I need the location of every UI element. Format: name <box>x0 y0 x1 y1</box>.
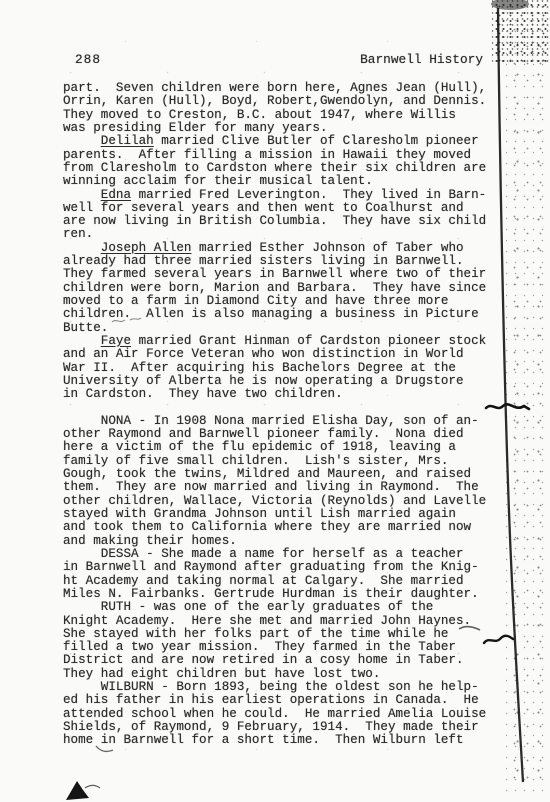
text-line: are now living in British Columbia. They… <box>63 215 503 228</box>
page-body: part. Seven children were born here, Agn… <box>63 82 503 748</box>
text-line: ht Academy and taking normal at Calgary.… <box>63 575 503 588</box>
text-line: other children, Wallace, Victoria (Reyno… <box>63 495 503 508</box>
running-header-title: Barnwell History <box>360 52 483 67</box>
scanned-book-page: 288 Barnwell History part. Seven childre… <box>0 0 550 802</box>
page-header: 288 Barnwell History <box>63 52 483 67</box>
text-line: Faye married Grant Hinman of Cardston pi… <box>63 335 503 348</box>
text-line: NONA - In 1908 Nona married Elisha Day, … <box>63 415 503 428</box>
text-line: War II. After acquiring his Bachelors De… <box>63 362 503 375</box>
text-line: and an Air Force Veteran who won distinc… <box>63 348 503 361</box>
ink-blot-tail <box>85 785 100 788</box>
text-line: part. Seven children were born here, Agn… <box>63 82 503 95</box>
text-line: and making their homes. <box>63 535 503 548</box>
text-line: Miles N. Fairbanks. Gertrude Hurdman is … <box>63 588 503 601</box>
text-line: University of Alberta he is now operatin… <box>63 375 503 388</box>
page-number: 288 <box>63 52 101 67</box>
text-line: moved to a farm in Diamond City and have… <box>63 295 503 308</box>
text-line: Joseph Allen married Esther Johnson of T… <box>63 242 503 255</box>
text-line: RUTH - was one of the early graduates of… <box>63 601 503 614</box>
text-line: ed his father in his earliest operations… <box>63 694 503 707</box>
text-line: in Cardston. They have two children. <box>63 388 503 401</box>
text-line: was presiding Elder for many years. <box>63 122 503 135</box>
text-line: and took them to California where they a… <box>63 521 503 534</box>
text-line: Orrin, Karen (Hull), Boyd, Robert,Gwendo… <box>63 95 503 108</box>
text-line: other Raymond and Barnwell pioneer famil… <box>63 428 503 441</box>
text-line: children. Allen is also managing a busin… <box>63 308 503 321</box>
text-line: from Claresholm to Cardston where their … <box>63 162 503 175</box>
text-line: well for several years and then went to … <box>63 202 503 215</box>
text-line: filled a two year mission. They farmed i… <box>63 641 503 654</box>
text-line: stayed with Grandma Johnson until Lish m… <box>63 508 503 521</box>
text-line: Delilah married Clive Butler of Claresho… <box>63 135 503 148</box>
text-line: They had eight children but have lost tw… <box>63 668 503 681</box>
text-line: them. They are now married and living in… <box>63 481 503 494</box>
text-line: children were born, Marion and Barbara. … <box>63 282 503 295</box>
corner-smudge <box>491 0 529 10</box>
text-line: Knight Academy. Here she met and married… <box>63 615 503 628</box>
text-line: already had three married sisters living… <box>63 255 503 268</box>
ink-blot-bottom-left <box>66 781 89 800</box>
scan-edge-noise <box>506 18 546 793</box>
text-line: parents. After filling a mission in Hawa… <box>63 149 503 162</box>
text-line: They farmed several years in Barnwell wh… <box>63 268 503 281</box>
text-line: Butte. <box>63 322 503 335</box>
text-line: DESSA - She made a name for herself as a… <box>63 548 503 561</box>
text-line: District and are now retired in a cosy h… <box>63 654 503 667</box>
text-line: She stayed with her folks part of the ti… <box>63 628 503 641</box>
text-line: Edna married Fred Leverington. They live… <box>63 189 503 202</box>
text-line: WILBURN - Born 1893, being the oldest so… <box>63 681 503 694</box>
text-line: Gough, took the twins, Mildred and Maure… <box>63 468 503 481</box>
text-line: home in Barnwell for a short time. Then … <box>63 734 503 747</box>
text-line: winning acclaim for their musical talent… <box>63 175 503 188</box>
text-line: family of five small children. Lish's si… <box>63 455 503 468</box>
text-line: ren. <box>63 228 503 241</box>
blank-line <box>63 402 503 415</box>
text-line: Shields, of Raymond, 9 February, 1914. T… <box>63 721 503 734</box>
text-line: They moved to Creston, B.C. about 1947, … <box>63 109 503 122</box>
text-line: here a victim of the flu epidemic of 191… <box>63 441 503 454</box>
text-line: in Barnwell and Raymond after graduating… <box>63 561 503 574</box>
corner-noise <box>492 0 550 66</box>
text-line: attended school when he could. He marrie… <box>63 708 503 721</box>
